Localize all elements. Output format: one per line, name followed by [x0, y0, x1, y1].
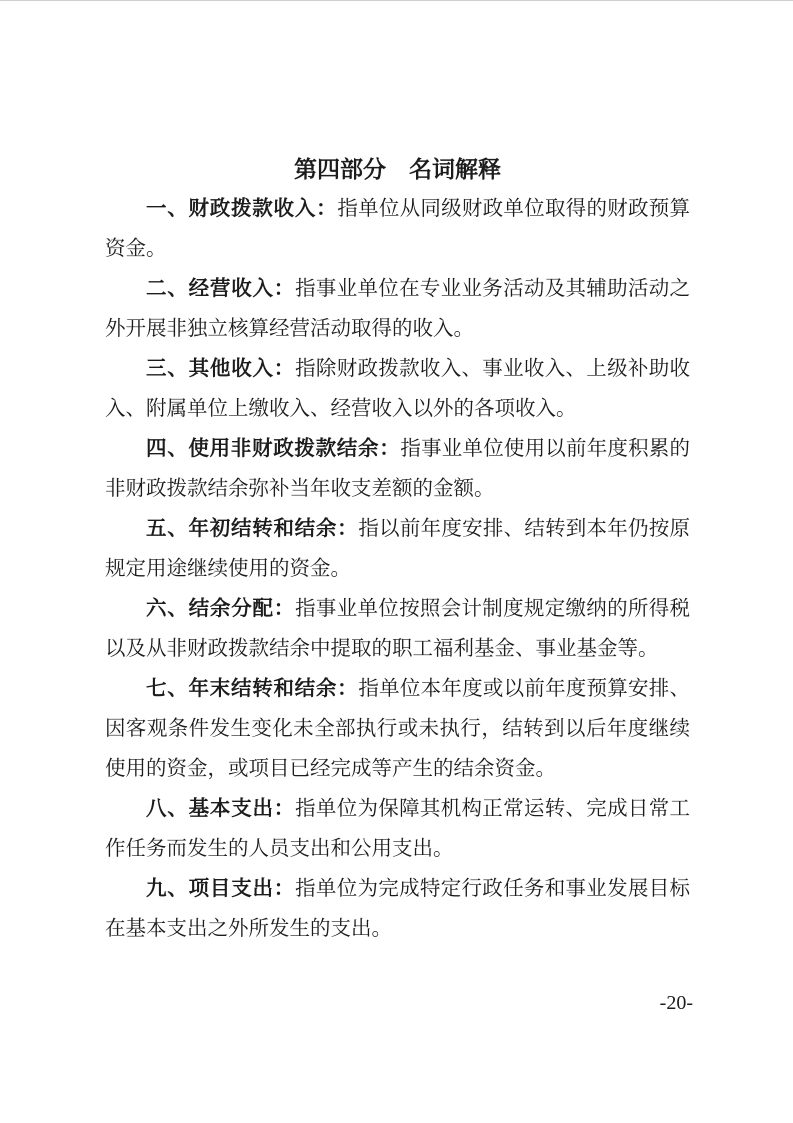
term-label: 四、使用非财政拨款结余：	[146, 438, 400, 460]
term-paragraph: 四、使用非财政拨款结余：指事业单位使用以前年度积累的非财政拨款结余弥补当年收支差…	[105, 429, 690, 509]
term-paragraph: 二、经营收入：指事业单位在专业业务活动及其辅助活动之外开展非独立核算经营活动取得…	[105, 269, 690, 349]
document-page: 第四部分 名词解释 一、财政拨款收入：指单位从同级财政单位取得的财政预算资金。 …	[0, 0, 793, 1123]
term-paragraph: 六、结余分配：指事业单位按照会计制度规定缴纳的所得税以及从非财政拨款结余中提取的…	[105, 589, 690, 669]
term-label: 三、其他收入：	[146, 358, 295, 380]
term-label: 八、基本支出：	[146, 798, 295, 820]
page-number: -20-	[660, 991, 693, 1015]
term-paragraph: 七、年末结转和结余：指单位本年度或以前年度预算安排、因客观条件发生变化未全部执行…	[105, 669, 690, 789]
term-paragraph: 八、基本支出：指单位为保障其机构正常运转、完成日常工作任务而发生的人员支出和公用…	[105, 789, 690, 869]
document-body: 第四部分 名词解释 一、财政拨款收入：指单位从同级财政单位取得的财政预算资金。 …	[105, 149, 690, 949]
section-title: 第四部分 名词解释	[105, 149, 690, 189]
term-label: 五、年初结转和结余：	[146, 518, 358, 540]
term-label: 一、财政拨款收入：	[146, 198, 337, 220]
term-label: 九、项目支出：	[146, 878, 295, 900]
term-label: 六、结余分配：	[146, 598, 295, 620]
term-paragraph: 九、项目支出：指单位为完成特定行政任务和事业发展目标在基本支出之外所发生的支出。	[105, 869, 690, 949]
term-label: 七、年末结转和结余：	[146, 678, 358, 700]
term-paragraph: 五、年初结转和结余：指以前年度安排、结转到本年仍按原规定用途继续使用的资金。	[105, 509, 690, 589]
term-label: 二、经营收入：	[146, 278, 295, 300]
term-paragraph: 三、其他收入：指除财政拨款收入、事业收入、上级补助收入、附属单位上缴收入、经营收…	[105, 349, 690, 429]
term-paragraph: 一、财政拨款收入：指单位从同级财政单位取得的财政预算资金。	[105, 189, 690, 269]
